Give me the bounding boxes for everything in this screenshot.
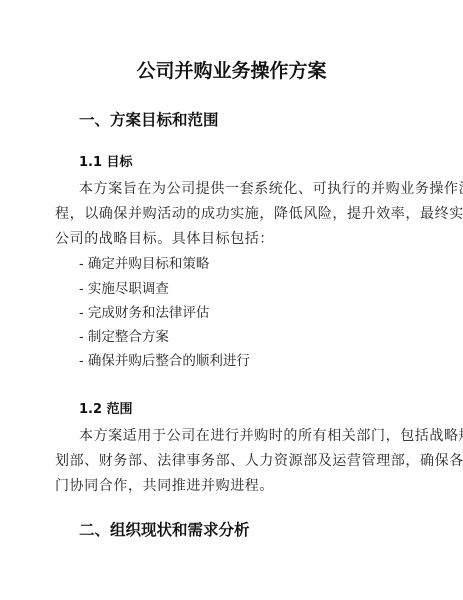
paragraph-line: 公司的战略目标。具体目标包括：: [55, 230, 274, 248]
section-heading-2: 二、组织现状和需求分析: [79, 521, 250, 539]
subsection-heading-1-1: 1.1 目标: [79, 155, 133, 171]
list-item: - 实施尽职调查: [79, 280, 169, 298]
list-item: - 确定并购目标和策略: [79, 255, 209, 273]
subsection-heading-1-2: 1.2 范围: [79, 402, 133, 418]
paragraph-line: 程，以确保并购活动的成功实施，降低风险，提升效率，最终实现: [55, 205, 463, 223]
paragraph-line: 门协同合作，共同推进并购进程。: [55, 477, 274, 495]
document-title: 公司并购业务操作方案: [0, 60, 463, 82]
paragraph-line: 本方案适用于公司在进行并购时的所有相关部门，包括战略规: [79, 427, 463, 445]
section-heading-1: 一、方案目标和范围: [79, 111, 219, 129]
list-item: - 确保并购后整合的顺利进行: [79, 352, 250, 370]
list-item: - 制定整合方案: [79, 328, 169, 346]
paragraph-line: 本方案旨在为公司提供一套系统化、可执行的并购业务操作流: [79, 180, 463, 198]
paragraph-line: 划部、财务部、法律事务部、人力资源部及运营管理部，确保各部: [55, 452, 463, 470]
list-item: - 完成财务和法律评估: [79, 304, 209, 322]
